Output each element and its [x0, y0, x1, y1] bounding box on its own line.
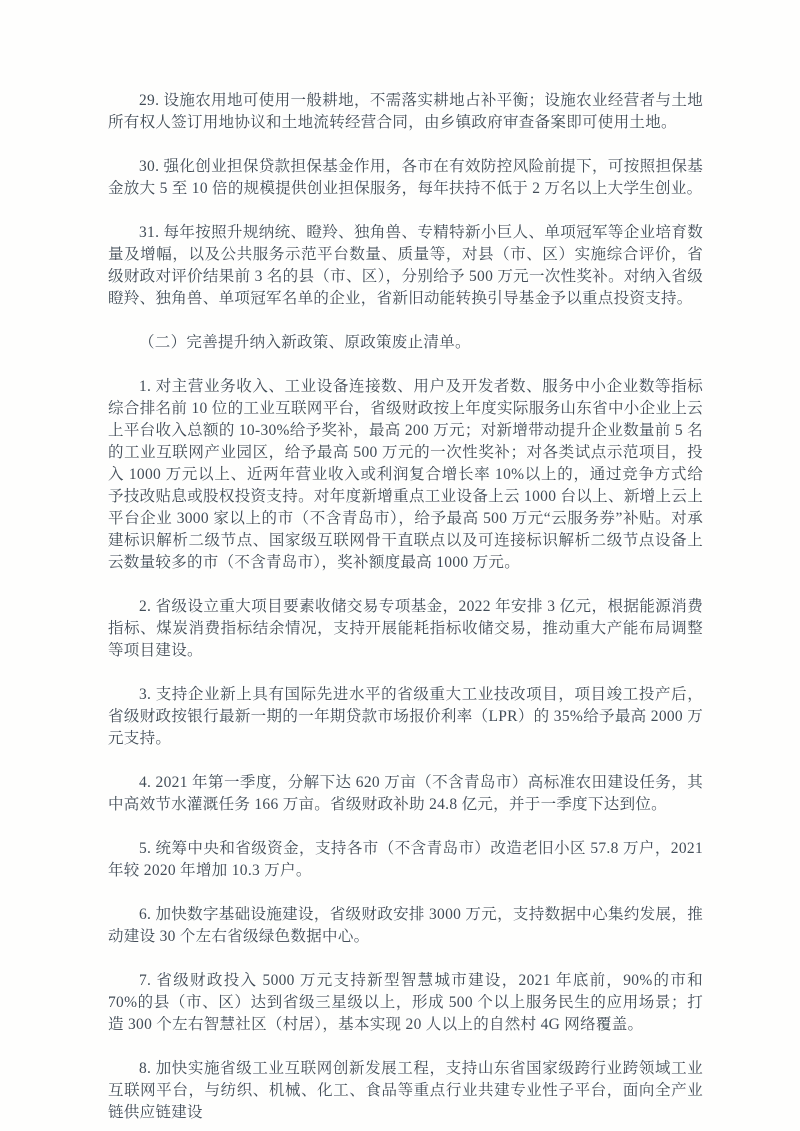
document-text-block: 29. 设施农用地可使用一般耕地，不需落实耕地占补平衡；设施农业经营者与土地所有…: [108, 90, 703, 1124]
policy-item-30: 30. 强化创业担保贷款担保基金作用，各市在有效防控风险前提下，可按照担保基金放…: [108, 156, 703, 200]
policy-item-2: 2. 省级设立重大项目要素收储交易专项基金，2022 年安排 3 亿元，根据能源…: [108, 596, 703, 662]
policy-item-29: 29. 设施农用地可使用一般耕地，不需落实耕地占补平衡；设施农业经营者与土地所有…: [108, 90, 703, 134]
policy-item-3: 3. 支持企业新上具有国际先进水平的省级重大工业技改项目，项目竣工投产后，省级财…: [108, 684, 703, 750]
policy-item-5: 5. 统筹中央和省级资金，支持各市（不含青岛市）改造老旧小区 57.8 万户，2…: [108, 838, 703, 882]
policy-item-6: 6. 加快数字基础设施建设，省级财政安排 3000 万元，支持数据中心集约发展，…: [108, 904, 703, 948]
document-page: 29. 设施农用地可使用一般耕地，不需落实耕地占补平衡；设施农业经营者与土地所有…: [0, 0, 800, 1131]
policy-item-4: 4. 2021 年第一季度，分解下达 620 万亩（不含青岛市）高标准农田建设任…: [108, 772, 703, 816]
policy-item-31: 31. 每年按照升规纳统、瞪羚、独角兽、专精特新小巨人、单项冠军等企业培育数量及…: [108, 222, 703, 310]
policy-item-7: 7. 省级财政投入 5000 万元支持新型智慧城市建设，2021 年底前，90%…: [108, 970, 703, 1036]
section-2-heading: （二）完善提升纳入新政策、原政策废止清单。: [108, 332, 703, 354]
policy-item-8: 8. 加快实施省级工业互联网创新发展工程，支持山东省国家级跨行业跨领域工业互联网…: [108, 1058, 703, 1124]
policy-item-1: 1. 对主营业务收入、工业设备连接数、用户及开发者数、服务中小企业数等指标综合排…: [108, 376, 703, 574]
